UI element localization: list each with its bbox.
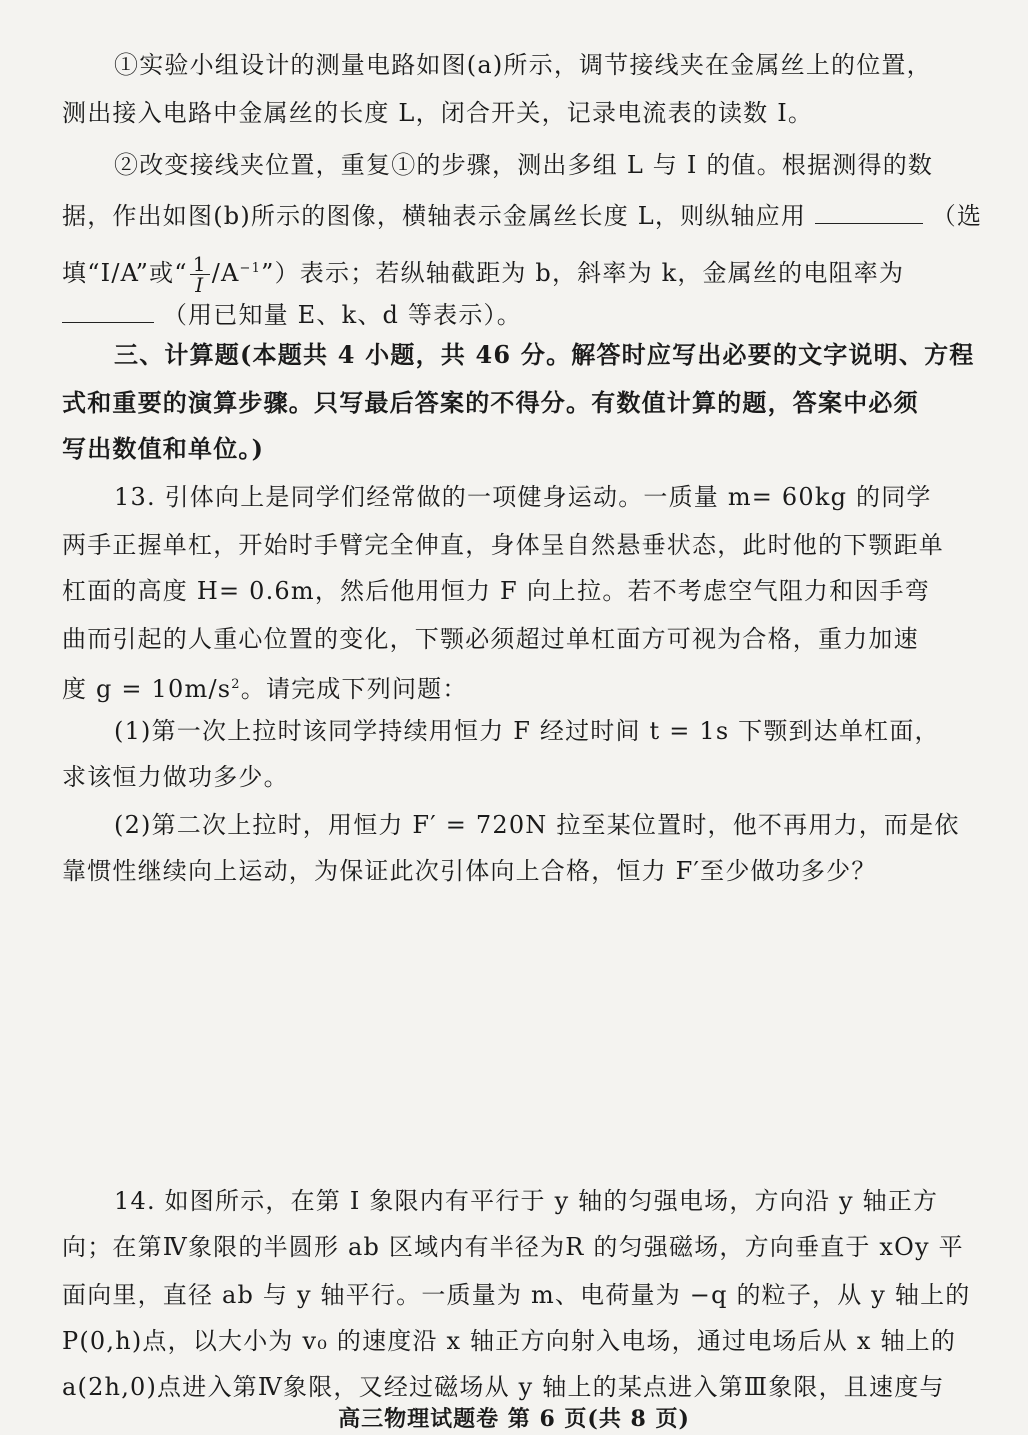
step2-line4: （用已知量 E、k、d 等表示）。 — [62, 298, 522, 330]
section3-line2: 式和重要的演算步骤。只写最后答案的不得分。有数值计算的题，答案中必须 — [62, 388, 919, 418]
section3-line1: 三、计算题(本题共 4 小题，共 46 分。解答时应写出必要的文字说明、方程 — [114, 340, 974, 370]
q14-line1: 14. 如图所示，在第 Ⅰ 象限内有平行于 y 轴的匀强电场，方向沿 y 轴正方 — [114, 1186, 938, 1216]
resistivity-prompt: ”）表示；若纵轴截距为 b，斜率为 k，金属丝的电阻率为 — [261, 259, 904, 287]
step2-line1: ②改变接线夹位置，重复①的步骤，测出多组 L 与 I 的值。根据测得的数 — [114, 150, 933, 180]
step2-line3: 填“I/A”或“1I/A−1”）表示；若纵轴截距为 b，斜率为 k，金属丝的电阻… — [62, 254, 904, 295]
answer-blank-axis — [815, 199, 923, 224]
step2-line2-text: 据，作出如图(b)所示的图像，横轴表示金属丝长度 L，则纵轴应用 — [62, 202, 806, 230]
q13-sub1-line2: 求该恒力做功多少。 — [62, 762, 289, 792]
step2-line2-tail: （选 — [932, 202, 982, 230]
page-footer: 高三物理试题卷 第 6 页(共 8 页) — [0, 1402, 1028, 1433]
q13-line3: 杠面的高度 H= 0.6m，然后他用恒力 F 向上拉。若不考虑空气阻力和因手弯 — [62, 576, 930, 606]
answer-blank-resistivity — [62, 298, 154, 323]
q13-sub1-line1: (1)第一次上拉时该同学持续用恒力 F 经过时间 t = 1s 下颚到达单杠面， — [114, 716, 940, 746]
option-text: 填“I/A”或“ — [62, 259, 188, 287]
q13-line1: 13. 引体向上是同学们经常做的一项健身运动。一质量 m= 60kg 的同学 — [114, 482, 932, 512]
step1-line1: ①实验小组设计的测量电路如图(a)所示，调节接线夹在金属丝上的位置， — [114, 50, 932, 80]
step2-line2: 据，作出如图(b)所示的图像，横轴表示金属丝长度 L，则纵轴应用 （选 — [62, 199, 982, 231]
q14-line2: 向；在第Ⅳ象限的半圆形 ab 区域内有半径为R 的匀强磁场，方向垂直于 xOy … — [62, 1232, 964, 1262]
q13-sub2-line1: (2)第二次上拉时，用恒力 F′ = 720N 拉至某位置时，他不再用力，而是依 — [114, 810, 960, 840]
q13-line4: 曲而引起的人重心位置的变化，下颚必须超过单杠面方可视为合格，重力加速 — [62, 624, 919, 654]
q14-line3: 面向里，直径 ab 与 y 轴平行。一质量为 m、电荷量为 −q 的粒子，从 y… — [62, 1280, 970, 1310]
step1-line2: 测出接入电路中金属丝的长度 L，闭合开关，记录电流表的读数 I。 — [62, 98, 813, 128]
q13-sub2-line2: 靠惯性继续向上运动，为保证此次引体向上合格，恒力 F′至少做功多少？ — [62, 856, 877, 886]
q14-line5: a(2h,0)点进入第Ⅳ象限，又经过磁场从 y 轴上的某点进入第Ⅲ象限，且速度与 — [62, 1372, 945, 1402]
section3-line3: 写出数值和单位。) — [62, 434, 264, 464]
fraction-1-over-I: 1I — [190, 254, 210, 295]
q13-line5: 度 g = 10m/s2。请完成下列问题： — [62, 670, 468, 704]
q14-line4: P(0,h)点，以大小为 v₀ 的速度沿 x 轴正方向射入电场，通过电场后从 x… — [62, 1326, 956, 1356]
q13-line2: 两手正握单杠，开始时手臂完全伸直，身体呈自然悬垂状态，此时他的下颚距单 — [62, 530, 944, 560]
